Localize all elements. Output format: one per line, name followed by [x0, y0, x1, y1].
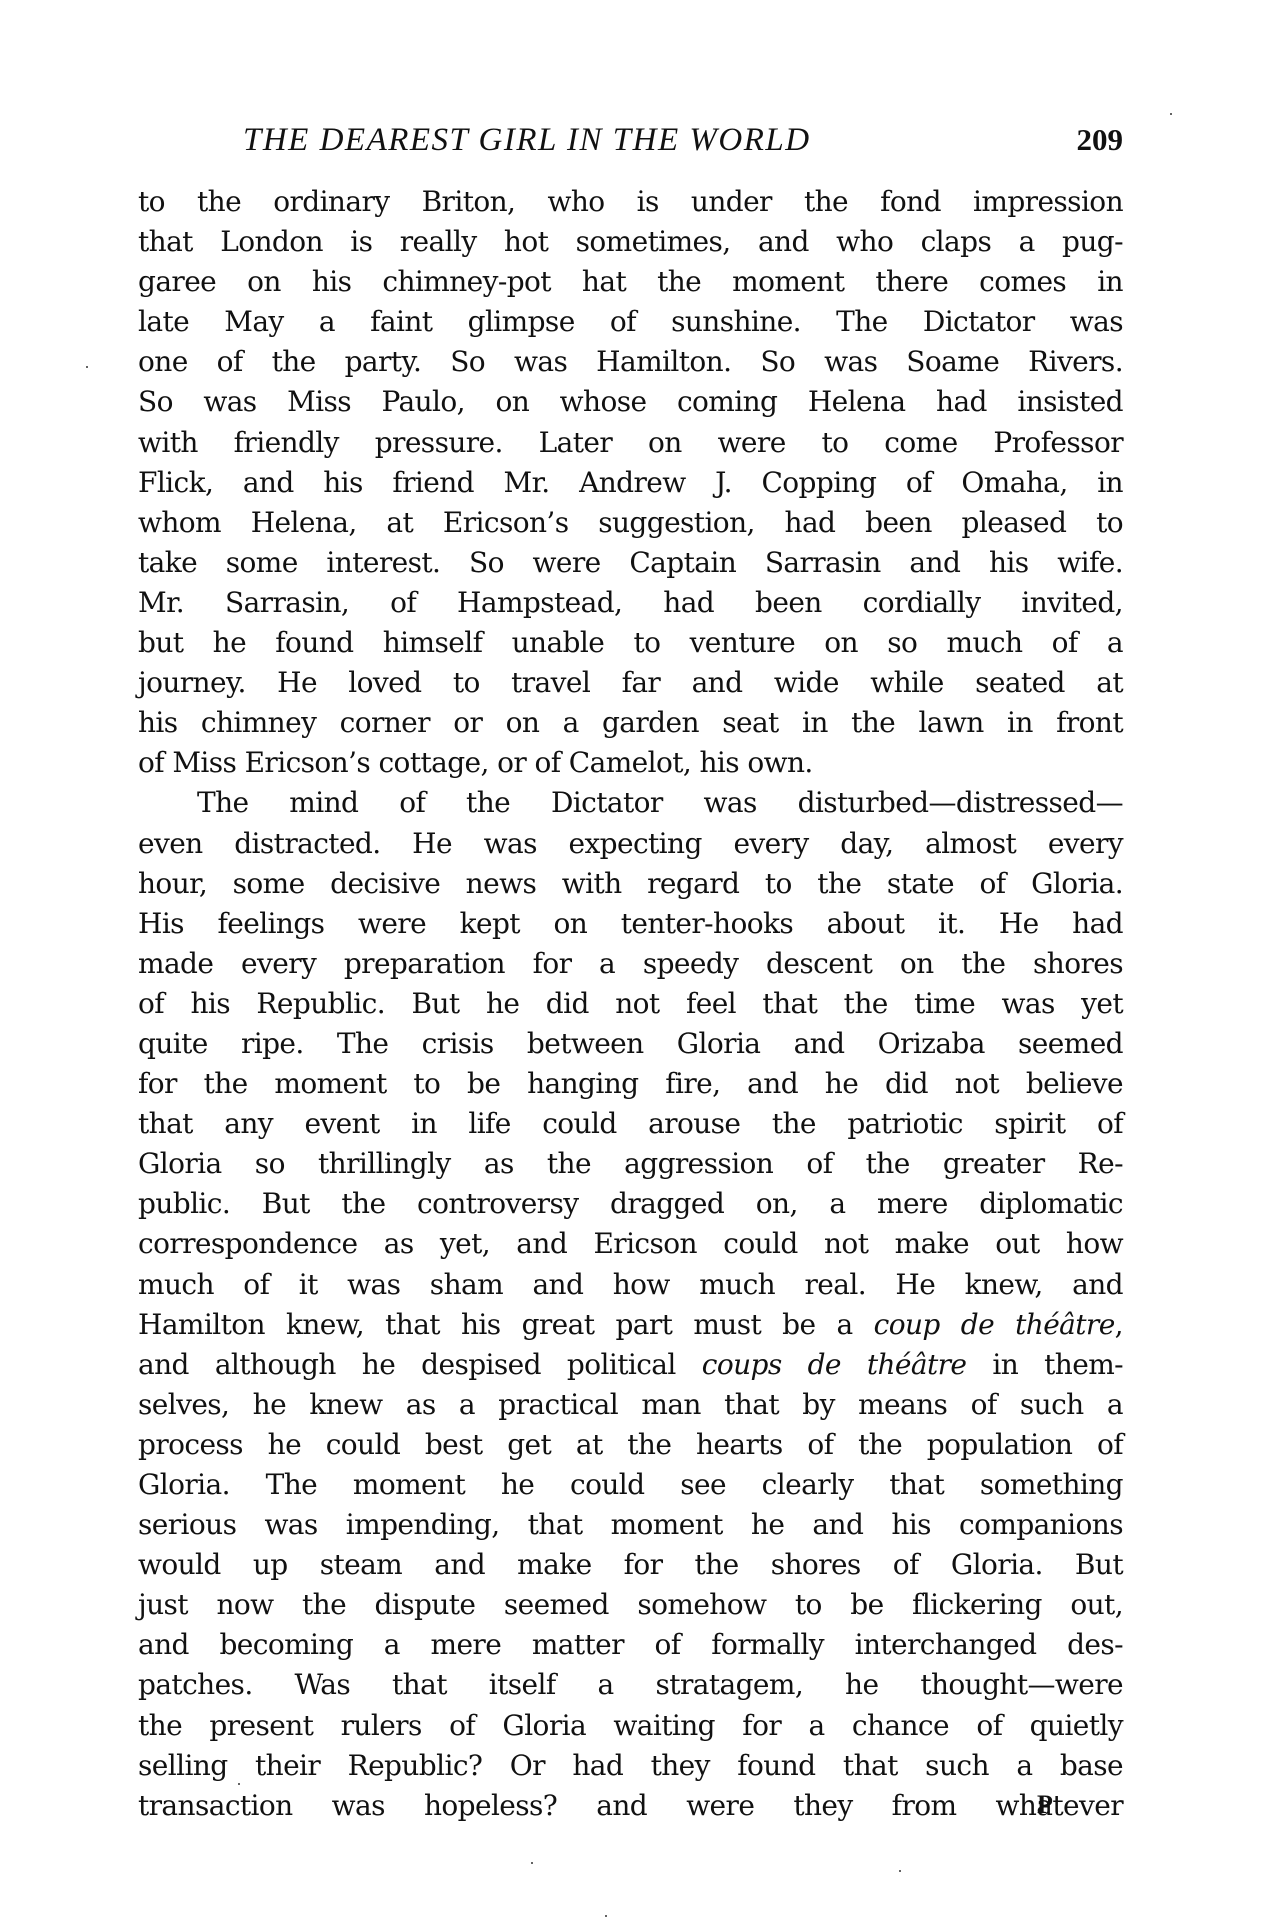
text-line: selling their Republic? Or had they foun… — [138, 1746, 1123, 1786]
text-line: journey. He loved to travel far and wide… — [138, 663, 1123, 703]
text-line: made every preparation for a speedy desc… — [138, 944, 1123, 984]
text-run: , — [1115, 1308, 1123, 1341]
text-line: garee on his chimney-pot hat the moment … — [138, 262, 1123, 302]
print-speck — [531, 1862, 533, 1864]
page-number: 209 — [1077, 118, 1124, 162]
text-line: much of it was sham and how much real. H… — [138, 1265, 1123, 1305]
text-line: hour, some decisive news with regard to … — [138, 864, 1123, 904]
text-line-paragraph-end: of Miss Ericson’s cottage, or of Camelot… — [138, 743, 1123, 783]
text-line: correspondence as yet, and Ericson could… — [138, 1224, 1123, 1264]
running-header: THE DEAREST GIRL IN THE WORLD 209 — [243, 118, 1123, 162]
text-line: that London is really hot sometimes, and… — [138, 222, 1123, 262]
text-line: his chimney corner or on a garden seat i… — [138, 703, 1123, 743]
text-line-with-italic: Hamilton knew, that his great part must … — [138, 1305, 1123, 1345]
print-speck — [86, 366, 88, 368]
italic-phrase: coup de théâtre — [874, 1308, 1115, 1341]
text-line: to the ordinary Briton, who is under the… — [138, 182, 1123, 222]
text-line: whom Helena, at Ericson’s suggestion, ha… — [138, 503, 1123, 543]
text-line: Gloria. The moment he could see clearly … — [138, 1465, 1123, 1505]
text-line: Flick, and his friend Mr. Andrew J. Copp… — [138, 463, 1123, 503]
text-line: Mr. Sarrasin, of Hampstead, had been cor… — [138, 583, 1123, 623]
text-line: one of the party. So was Hamilton. So wa… — [138, 342, 1123, 382]
text-line: transaction was hopeless? and were they … — [138, 1786, 1123, 1826]
body-text: to the ordinary Briton, who is under the… — [138, 182, 1123, 1826]
text-line: just now the dispute seemed somehow to b… — [138, 1585, 1123, 1625]
text-line: So was Miss Paulo, on whose coming Helen… — [138, 382, 1123, 422]
running-title: THE DEAREST GIRL IN THE WORLD — [243, 118, 811, 162]
text-line: patches. Was that itself a stratagem, he… — [138, 1665, 1123, 1705]
text-line: and becoming a mere matter of formally i… — [138, 1625, 1123, 1665]
text-run: in them- — [966, 1348, 1123, 1381]
text-line: selves, he knew as a practical man that … — [138, 1385, 1123, 1425]
text-line-paragraph-start: The mind of the Dictator was disturbed—d… — [138, 783, 1123, 823]
text-line: that any event in life could arouse the … — [138, 1104, 1123, 1144]
text-line: for the moment to be hanging fire, and h… — [138, 1064, 1123, 1104]
text-run: and although he despised political — [138, 1348, 702, 1381]
text-run: Hamilton knew, that his great part must … — [138, 1308, 874, 1341]
text-line: serious was impending, that moment he an… — [138, 1505, 1123, 1545]
signature-mark: P — [1037, 1790, 1053, 1820]
text-line: with friendly pressure. Later on were to… — [138, 423, 1123, 463]
text-line-with-italic: and although he despised political coups… — [138, 1345, 1123, 1385]
print-speck — [238, 1783, 240, 1785]
book-page: THE DEAREST GIRL IN THE WORLD 209 to the… — [0, 0, 1268, 1931]
print-speck — [1170, 113, 1172, 115]
text-line: even distracted. He was expecting every … — [138, 824, 1123, 864]
text-line: take some interest. So were Captain Sarr… — [138, 543, 1123, 583]
text-line: but he found himself unable to venture o… — [138, 623, 1123, 663]
italic-phrase: coups de théâtre — [702, 1348, 967, 1381]
text-line: the present rulers of Gloria waiting for… — [138, 1706, 1123, 1746]
print-speck — [899, 1870, 901, 1872]
text-line: of his Republic. But he did not feel tha… — [138, 984, 1123, 1024]
text-line: process he could best get at the hearts … — [138, 1425, 1123, 1465]
text-line: His feelings were kept on tenter-hooks a… — [138, 904, 1123, 944]
text-line: public. But the controversy dragged on, … — [138, 1184, 1123, 1224]
print-speck — [605, 1915, 607, 1917]
text-line: late May a faint glimpse of sunshine. Th… — [138, 302, 1123, 342]
text-line: Gloria so thrillingly as the aggression … — [138, 1144, 1123, 1184]
text-line: quite ripe. The crisis between Gloria an… — [138, 1024, 1123, 1064]
text-line: would up steam and make for the shores o… — [138, 1545, 1123, 1585]
